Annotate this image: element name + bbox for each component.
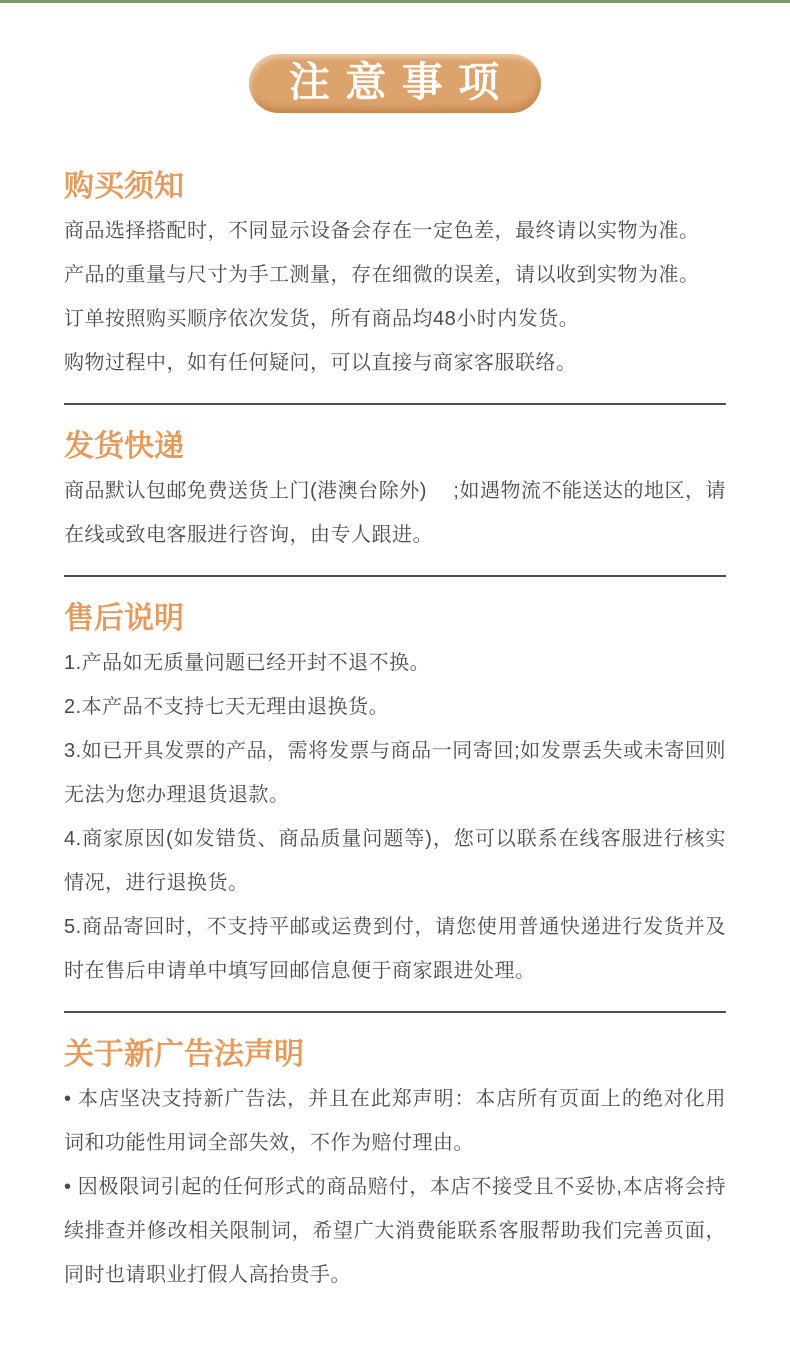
section-divider: [64, 575, 726, 577]
paragraph: 购物过程中，如有任何疑问，可以直接与商家客服联络。: [64, 341, 726, 385]
paragraph: 商品选择搭配时，不同显示设备会存在一定色差，最终请以实物为准。: [64, 209, 726, 253]
section-ad-law-statement: 关于新广告法声明 • 本店坚决支持新广告法，并且在此郑声明：本店所有页面上的绝对…: [64, 1037, 726, 1297]
paragraph: 5.商品寄回时，不支持平邮或运费到付，请您使用普通快递进行发货并及时在售后申请单…: [64, 905, 726, 993]
paragraph: 3.如已开具发票的产品，需将发票与商品一同寄回;如发票丢失或未寄回则无法为您办理…: [64, 729, 726, 817]
paragraph: 产品的重量与尺寸为手工测量，存在细微的误差，请以收到实物为准。: [64, 253, 726, 297]
paragraph: 订单按照购买顺序依次发货，所有商品均48小时内发货。: [64, 297, 726, 341]
section-heading-shipping: 发货快递: [64, 429, 726, 465]
section-divider: [64, 1011, 726, 1013]
paragraph: 商品默认包邮免费送货上门(港澳台除外) ;如遇物流不能送达的地区，请在线或致电客…: [64, 469, 726, 557]
section-heading-after-sales: 售后说明: [64, 601, 726, 637]
top-divider: [0, 0, 790, 3]
section-divider: [64, 403, 726, 405]
paragraph: 2.本产品不支持七天无理由退换货。: [64, 685, 726, 729]
notice-page: 注 意 事 项 购买须知 商品选择搭配时，不同显示设备会存在一定色差，最终请以实…: [0, 0, 790, 1367]
section-shipping: 发货快递 商品默认包邮免费送货上门(港澳台除外) ;如遇物流不能送达的地区，请在…: [64, 429, 726, 557]
paragraph: 1.产品如无质量问题已经开封不退不换。: [64, 641, 726, 685]
page-title-badge: 注 意 事 项: [249, 54, 541, 113]
notice-content: 购买须知 商品选择搭配时，不同显示设备会存在一定色差，最终请以实物为准。 产品的…: [0, 169, 790, 1367]
section-heading-ad-law: 关于新广告法声明: [64, 1037, 726, 1073]
paragraph: • 因极限词引起的任何形式的商品赔付，本店不接受且不妥协,本店将会持续排查并修改…: [64, 1165, 726, 1297]
paragraph: • 本店坚决支持新广告法，并且在此郑声明：本店所有页面上的绝对化用词和功能性用词…: [64, 1077, 726, 1165]
section-after-sales: 售后说明 1.产品如无质量问题已经开封不退不换。 2.本产品不支持七天无理由退换…: [64, 601, 726, 993]
page-title: 注 意 事 项: [289, 62, 501, 105]
section-heading-purchase-notice: 购买须知: [64, 169, 726, 205]
paragraph: 4.商家原因(如发错货、商品质量问题等)，您可以联系在线客服进行核实情况，进行退…: [64, 817, 726, 905]
section-purchase-notice: 购买须知 商品选择搭配时，不同显示设备会存在一定色差，最终请以实物为准。 产品的…: [64, 169, 726, 385]
